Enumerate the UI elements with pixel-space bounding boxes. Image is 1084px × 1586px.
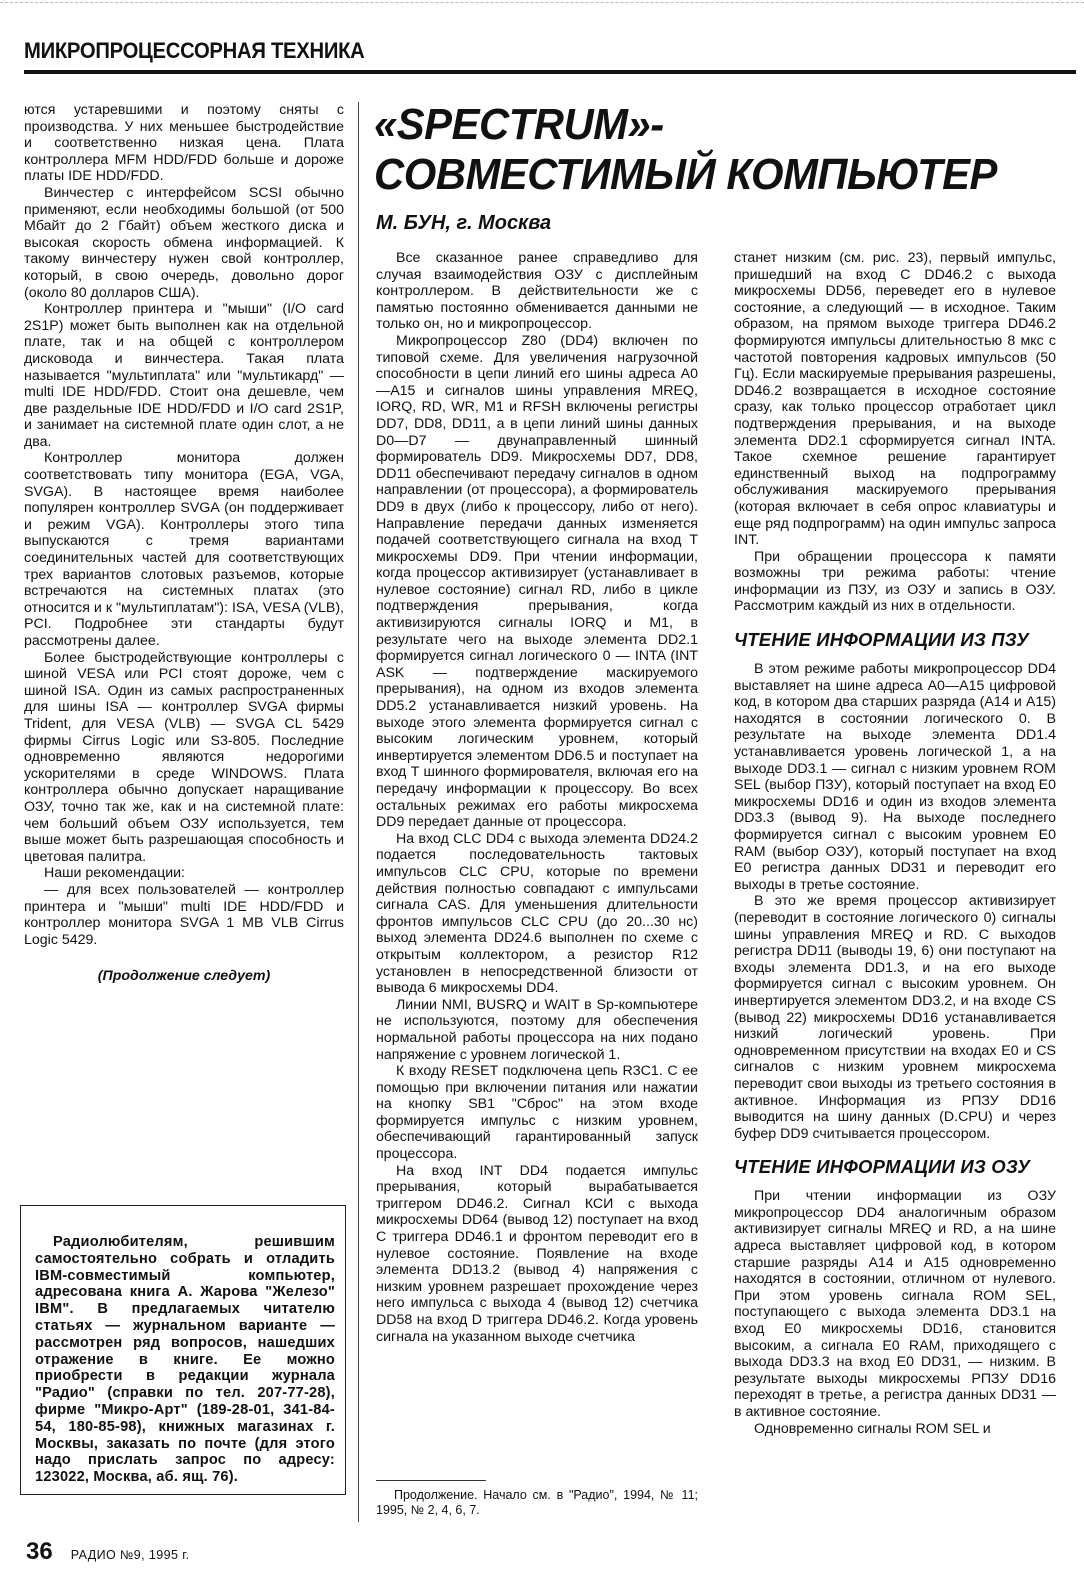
paragraph: Все сказанное ранее справедливо для случ…	[376, 250, 698, 333]
paragraph: Одновременно сигналы ROM SEL и	[734, 1421, 1056, 1438]
paragraph: Наши рекомендации:	[24, 865, 344, 882]
paragraph: станет низким (см. рис. 23), первый импу…	[734, 250, 1056, 549]
paragraph: Винчестер с интерфейсом SCSI обычно прим…	[24, 185, 344, 301]
column-divider	[358, 102, 359, 1522]
right-column: станет низким (см. рис. 23), первый импу…	[734, 250, 1056, 1437]
paragraph: Линии NMI, BUSRQ и WAIT в Sp-компьютере …	[376, 997, 698, 1063]
book-promo-box: Радиолюбителям, решившим самостоятельно …	[20, 1205, 346, 1495]
paragraph: Более быстродействующие контроллеры с ши…	[24, 650, 344, 866]
middle-column: Все сказанное ранее справедливо для случ…	[376, 250, 698, 1345]
section-header: МИКРОПРОЦЕССОРНАЯ ТЕХНИКА	[24, 38, 365, 64]
left-column: ются устаревшими и поэтому сняты с произ…	[24, 102, 344, 985]
promo-text: Радиолюбителям, решившим самостоятельно …	[35, 1234, 335, 1486]
subheading-ram-read: ЧТЕНИЕ ИНФОРМАЦИИ ИЗ ОЗУ	[734, 1156, 1056, 1178]
title-line-2: СОВМЕСТИМЫЙ КОМПЬЮТЕР	[374, 150, 1039, 200]
scan-edge-artifact	[0, 2, 1084, 5]
subheading-rom-read: ЧТЕНИЕ ИНФОРМАЦИИ ИЗ ПЗУ	[734, 629, 1056, 651]
paragraph: ются устаревшими и поэтому сняты с произ…	[24, 102, 344, 185]
paragraph: К входу RESET подключена цепь R3C1. С ее…	[376, 1063, 698, 1163]
paragraph: Контроллер монитора должен соответствова…	[24, 450, 344, 649]
page-footer: 36 РАДИО №9, 1995 г.	[26, 1538, 190, 1566]
title-line-1: «SPECTRUM»-	[374, 100, 1039, 150]
issue-label: РАДИО №9, 1995 г.	[71, 1548, 190, 1562]
paragraph: В этом режиме работы микропроцессор DD4 …	[734, 661, 1056, 893]
paragraph: На вход CLC DD4 с выхода элемента DD24.2…	[376, 831, 698, 997]
paragraph: Микропроцессор Z80 (DD4) включен по типо…	[376, 333, 698, 831]
paragraph: При обращении процессора к памяти возмож…	[734, 549, 1056, 615]
header-rule	[24, 70, 1076, 74]
continued-note: (Продолжение следует)	[24, 968, 344, 985]
paragraph: — для всех пользователей — контроллер пр…	[24, 882, 344, 948]
footnote-text: Продолжение. Начало см. в "Радио", 1994,…	[376, 1488, 698, 1518]
paragraph: На вход INT DD4 подается импульс прерыва…	[376, 1163, 698, 1346]
article-author: М. БУН, г. Москва	[376, 212, 551, 235]
footnote-rule	[376, 1480, 486, 1481]
paragraph: При чтении информации из ОЗУ микропроцес…	[734, 1188, 1056, 1420]
article-title: «SPECTRUM»- СОВМЕСТИМЫЙ КОМПЬЮТЕР	[374, 100, 1039, 200]
paragraph: Контроллер принтера и "мыши" (I/O card 2…	[24, 301, 344, 450]
page-number: 36	[26, 1538, 53, 1566]
paragraph: В это же время процессор активизирует (п…	[734, 893, 1056, 1142]
footnote: Продолжение. Начало см. в "Радио", 1994,…	[376, 1488, 698, 1518]
